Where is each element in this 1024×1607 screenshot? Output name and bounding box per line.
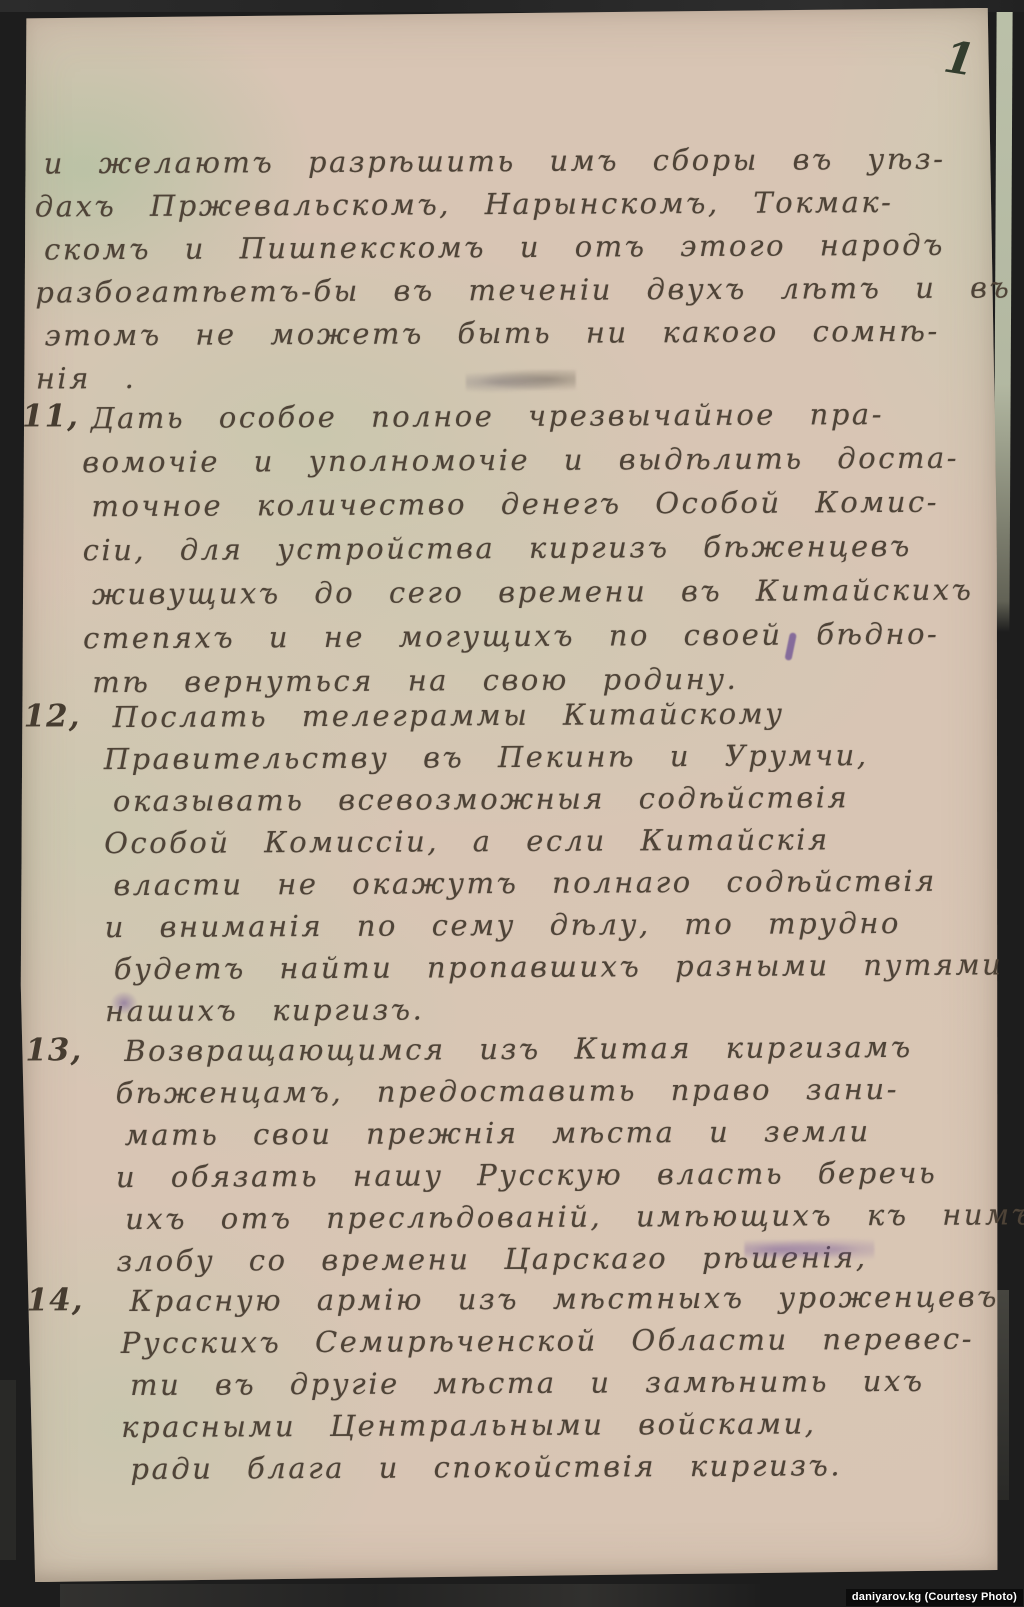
- purple-ink-initial: [109, 990, 139, 1016]
- purple-ink-overwrite: [744, 1236, 874, 1263]
- manuscript-line: Красную армію изъ мѣстныхъ уроженцевъ: [33, 1276, 986, 1323]
- manuscript-line: и обязать нашу Русскую власть беречь: [24, 1152, 986, 1199]
- manuscript-line: ихъ отъ преслѣдованій, имѣющихъ къ нимъ: [33, 1194, 986, 1241]
- item-number: 13,: [25, 1032, 82, 1068]
- page-number: 1: [940, 32, 978, 87]
- photo-frame-left-glow: [0, 1380, 16, 1560]
- manuscript-line: живущихъ до сего времени въ Китайскихъ: [30, 568, 983, 617]
- manuscript-line: и желаютъ разрѣшить имъ сборы въ уѣз-: [28, 138, 981, 186]
- item-number: 14,: [27, 1282, 84, 1318]
- manuscript-section-12: 12, Послать телеграммы Китайскому Правит…: [23, 692, 985, 1033]
- manuscript-line: бѣженцамъ, предоставить право зани-: [23, 1068, 985, 1115]
- manuscript-line: скомъ и Пишпекскомъ и отъ этого народъ: [28, 224, 981, 272]
- manuscript-line: ти въ другіе мѣста и замѣнить ихъ: [34, 1360, 987, 1407]
- manuscript-line: и вниманія по сему дѣлу, то трудно: [23, 902, 985, 949]
- manuscript-line: будетъ найти пропавшихъ разными путями: [32, 944, 985, 991]
- manuscript-line: красными Центральными войсками,: [25, 1402, 987, 1449]
- manuscript-line: разбогатѣетъ-бы въ теченіи двухъ лѣтъ и …: [19, 267, 981, 315]
- manuscript-line: власти не окажутъ полнаго содѣйствія: [31, 860, 984, 907]
- manuscript-section-14: 14, Красную армію изъ мѣстныхъ уроженцев…: [26, 1276, 987, 1491]
- item-number: 11,: [22, 398, 79, 434]
- ink-smudge: [466, 370, 576, 395]
- manuscript-line: сіи, для устройства киргизъ бѣженцевъ: [21, 524, 983, 573]
- watermark-credit: daniyarov.kg (Courtesy Photo): [846, 1589, 1023, 1606]
- item-number: 12,: [23, 698, 80, 734]
- manuscript-line: ради блага и спокойствія киргизъ.: [34, 1444, 987, 1491]
- manuscript-line: точное количество денегъ Особой Комис-: [29, 480, 982, 529]
- manuscript-line: Послать телеграммы Китайскому: [30, 692, 983, 739]
- manuscript-line: оказывать всевозможныя содѣйствія: [31, 776, 984, 823]
- photo-frame-bottom: [60, 1584, 760, 1607]
- manuscript-section-11: 11, Дать особое полное чрезвычайное пра-…: [22, 392, 984, 705]
- manuscript-line: Дать особое полное чрезвычайное пра-: [29, 392, 982, 441]
- manuscript-line: Русскихъ Семирѣченской Области перевес-: [25, 1318, 987, 1365]
- manuscript-line: Особой Комиссіи, а если Китайскія: [22, 818, 984, 865]
- manuscript-line: мать свои прежнія мѣста и земли: [33, 1110, 986, 1157]
- manuscript-line: этомъ не можетъ быть ни какого сомнѣ-: [28, 310, 981, 358]
- manuscript-line: дахъ Пржевальскомъ, Нарынскомъ, Токмак-: [19, 181, 981, 229]
- manuscript-content: 1 и желаютъ разрѣшить имъ сборы въ уѣз- …: [0, 0, 1024, 1607]
- manuscript-line: Правительству въ Пекинѣ и Урумчи,: [22, 734, 984, 781]
- manuscript-line: Возвращающимся изъ Китая киргизамъ: [32, 1026, 985, 1073]
- manuscript-line: степяхъ и не могущихъ по своей бѣдно-: [21, 612, 983, 661]
- manuscript-line: вомочіе и уполномочіе и выдѣлить доста-: [20, 436, 982, 485]
- manuscript-section-continuation: и желаютъ разрѣшить имъ сборы въ уѣз- да…: [21, 138, 982, 401]
